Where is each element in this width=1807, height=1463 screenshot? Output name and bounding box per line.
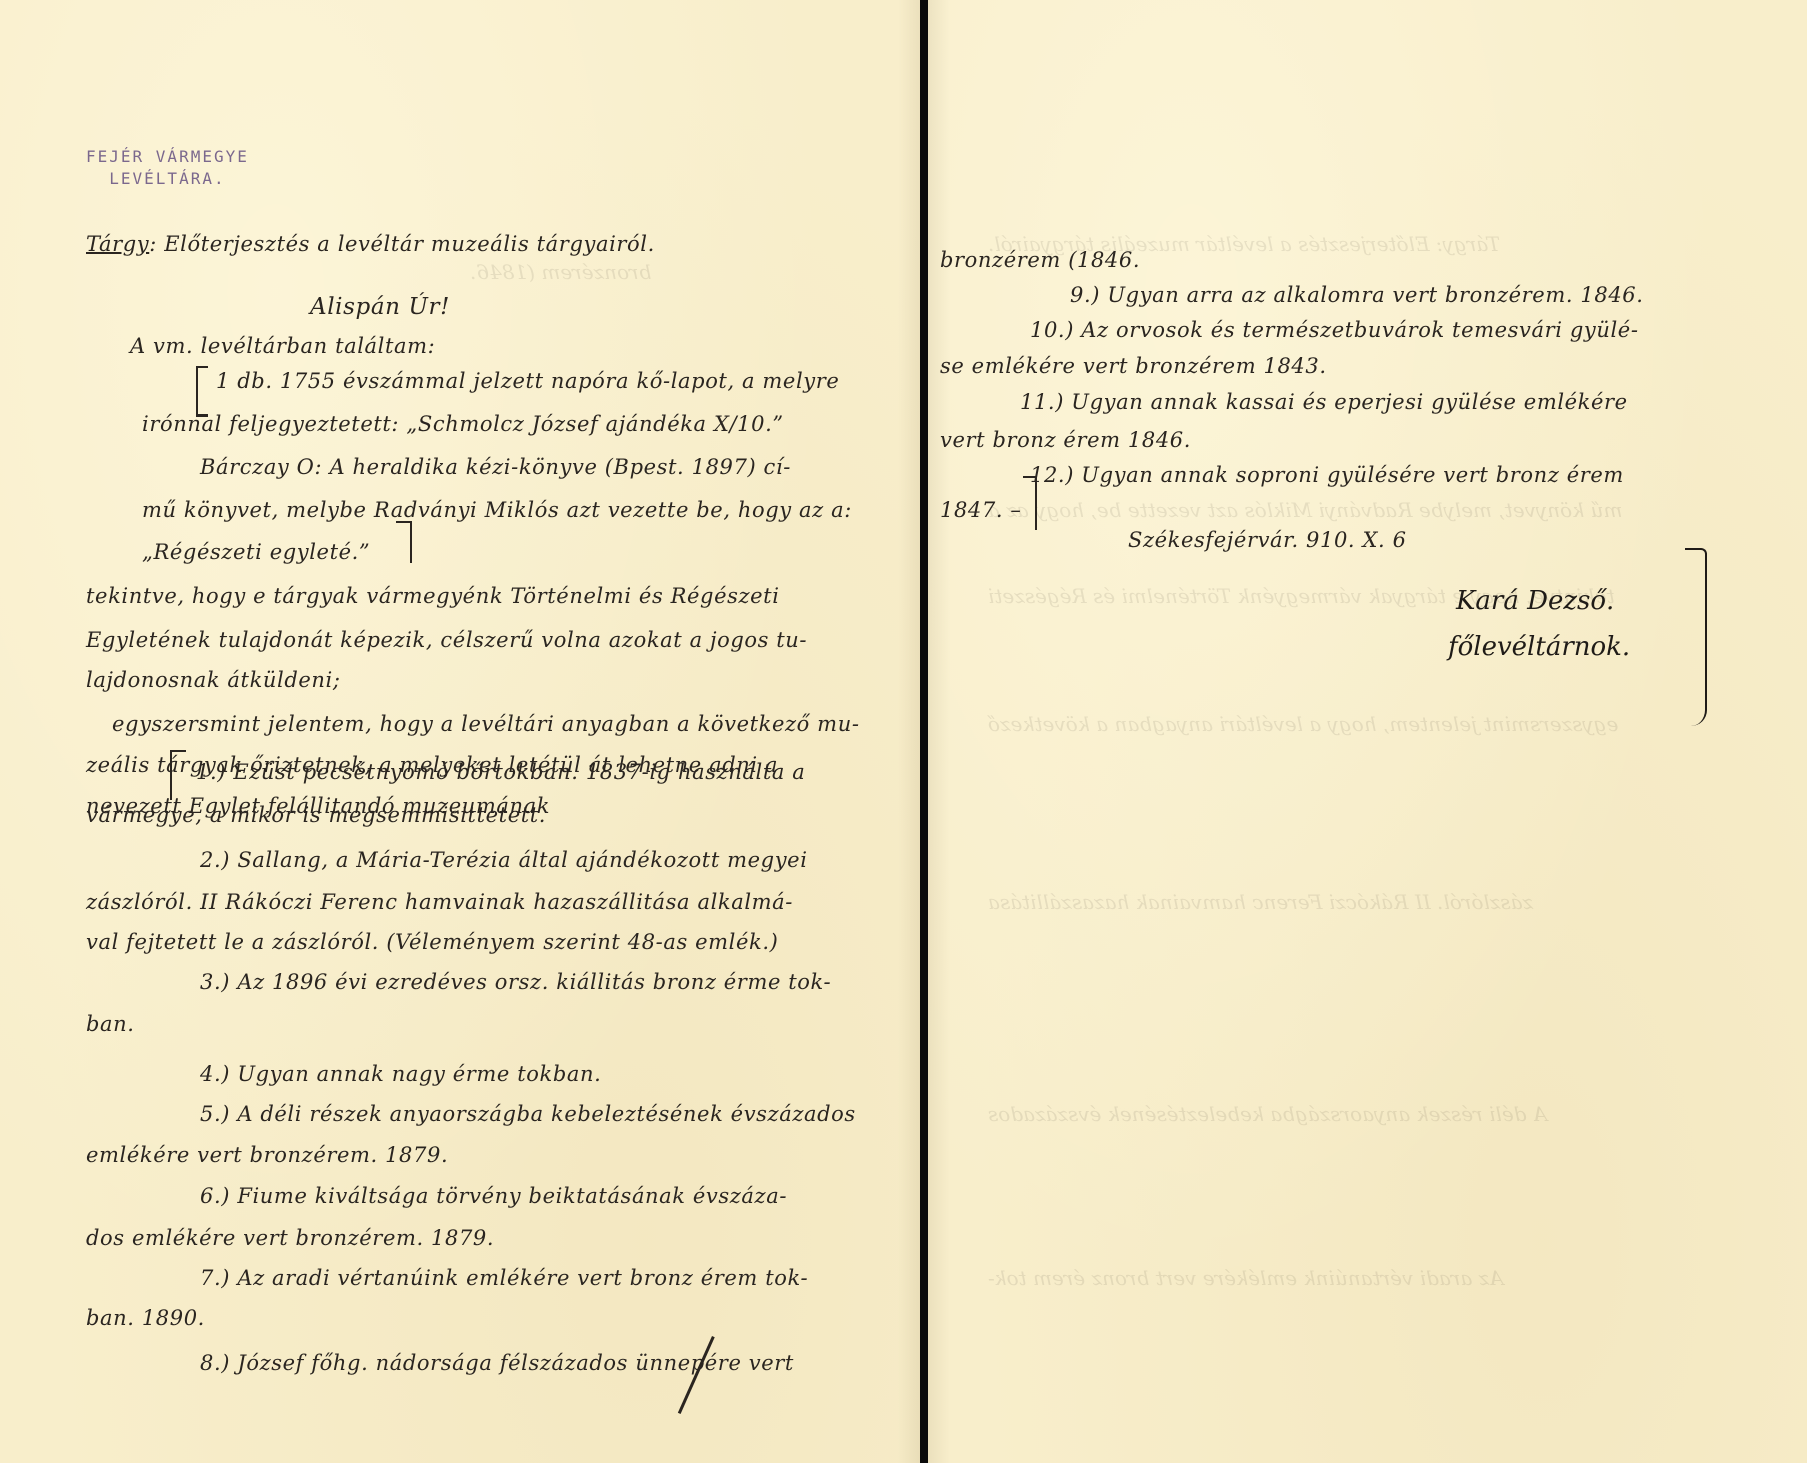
item-number: 11.): [1020, 390, 1064, 414]
item-number: 9.): [1070, 283, 1100, 307]
item-text: Az aradi vértanúink emlékére vert bronz …: [237, 1266, 808, 1290]
bleed-through-text: egyszersmint jelentem, hogy a levéltári …: [988, 712, 1618, 736]
item-text: Ezüst pecsétnyomó bőrtokban. 1837-ig has…: [233, 760, 805, 784]
item-text: Az orvosok és természetbuvárok temesvári…: [1081, 318, 1638, 342]
item-number: 8.): [200, 1351, 230, 1375]
item-text: Ugyan annak nagy érme tokban.: [237, 1062, 601, 1086]
signature-flourish: [1685, 548, 1707, 726]
item-number: 5.): [200, 1102, 230, 1126]
item-number: 3.): [200, 970, 230, 994]
bleed-through-text: mű könyvet, melybe Radványi Miklós azt v…: [988, 498, 1622, 522]
list-item-1: 1.) Ezüst pecsétnyomó bőrtokban. 1837-ig…: [196, 760, 805, 784]
list-item-10-cont: se emlékére vert bronzérem 1843.: [940, 354, 1327, 378]
signature-name: Kará Dezső.: [1456, 586, 1614, 616]
stamp-line-2: LEVÉLTÁRA.: [86, 168, 249, 190]
body-line: irónnal feljegyeztetett: „Schmolcz Józse…: [142, 412, 784, 436]
page-gutter: [920, 0, 928, 1463]
left-page: bronzérem (1846. FEJÉR VÁRMEGYE LEVÉLTÁR…: [0, 0, 920, 1463]
list-item-5-cont: emlékére vert bronzérem. 1879.: [86, 1143, 448, 1167]
bracket-mark: [396, 521, 412, 563]
bracket-mark: [170, 750, 186, 800]
bleed-through-text: A déli részek anyaországba kebeleztéséne…: [988, 1102, 1547, 1126]
item-text: Ugyan annak soproni gyülésére vert bronz…: [1081, 463, 1624, 487]
list-item-9: 9.) Ugyan arra az alkalomra vert bronzér…: [1070, 283, 1644, 307]
item-number: 1.): [196, 760, 226, 784]
list-item-7: 7.) Az aradi vértanúink emlékére vert br…: [200, 1266, 808, 1290]
list-item-2-cont: zászlóról. II Rákóczi Ferenc hamvainak h…: [86, 890, 793, 914]
signature-title: főlevéltárnok.: [1448, 632, 1630, 662]
item-text: Az 1896 évi ezredéves orsz. kiállitás br…: [237, 970, 831, 994]
body-line: Bárczay O: A heraldika kézi-könyve (Bpes…: [200, 455, 791, 479]
item-number: 7.): [200, 1266, 230, 1290]
place-date: Székesfejérvár. 910. X. 6: [1128, 528, 1407, 552]
body-line: egyszersmint jelentem, hogy a levéltári …: [112, 712, 860, 736]
list-item-4: 4.) Ugyan annak nagy érme tokban.: [200, 1062, 601, 1086]
archive-stamp: FEJÉR VÁRMEGYE LEVÉLTÁRA.: [86, 146, 249, 190]
subject-label: Tárgy: [86, 232, 149, 256]
list-item-11-cont: vert bronz érem 1846.: [940, 428, 1191, 452]
list-item-3-cont: ban.: [86, 1012, 135, 1036]
item-number: 10.): [1030, 318, 1074, 342]
body-line: tekintve, hogy e tárgyak vármegyénk Tört…: [86, 584, 780, 608]
list-item-2-cont: val fejtetett le a zászlóról. (Véleménye…: [86, 930, 778, 954]
list-item-7-cont: ban. 1890.: [86, 1306, 205, 1330]
body-line: „Régészeti egyleté.”: [142, 540, 370, 564]
body-line: A vm. levéltárban találtam:: [130, 334, 435, 358]
right-page: Tárgy: Előterjesztés a levéltár muzeális…: [928, 0, 1807, 1463]
list-item-2: 2.) Sallang, a Mária-Terézia által ajánd…: [200, 848, 808, 872]
item-text: Sallang, a Mária-Terézia által ajándékoz…: [237, 848, 807, 872]
body-line: mű könyvet, melybe Radványi Miklós azt v…: [142, 498, 852, 522]
bleed-through-text: Az aradi vértanúink emlékére vert bronz …: [988, 1266, 1504, 1290]
list-item-3: 3.) Az 1896 évi ezredéves orsz. kiállitá…: [200, 970, 831, 994]
item-number: 6.): [200, 1184, 230, 1208]
salutation: Alispán Úr!: [310, 294, 450, 320]
stamp-line-1: FEJÉR VÁRMEGYE: [86, 146, 249, 168]
body-line: Egyletének tulajdonát képezik, célszerű …: [86, 628, 807, 652]
subject-text: : Előterjesztés a levéltár muzeális tárg…: [149, 232, 655, 256]
bracket-mark: [196, 366, 208, 417]
fold-shadow: [928, 0, 950, 1463]
fold-shadow: [898, 0, 920, 1463]
list-item-10: 10.) Az orvosok és természetbuvárok teme…: [1030, 318, 1639, 342]
list-item-11: 11.) Ugyan annak kassai és eperjesi gyül…: [1020, 390, 1628, 414]
list-item-12: 12.) Ugyan annak soproni gyülésére vert …: [1030, 463, 1624, 487]
list-item-1-cont: vármegye, a mikor is megsemmisittetett.: [86, 803, 546, 827]
list-item-6-cont: dos emlékére vert bronzérem. 1879.: [86, 1226, 494, 1250]
body-line: lajdonosnak átküldeni;: [86, 668, 341, 692]
bleed-through-text: bronzérem (1846.: [470, 260, 651, 284]
body-line: 1 db. 1755 évszámmal jelzett napóra kő-l…: [216, 369, 839, 393]
item-text: Ugyan annak kassai és eperjesi gyülése e…: [1071, 390, 1627, 414]
item-text: Ugyan arra az alkalomra vert bronzérem. …: [1107, 283, 1643, 307]
list-item-12-cont: 1847. –: [940, 498, 1022, 522]
subject-line: Tárgy: Előterjesztés a levéltár muzeális…: [86, 232, 655, 256]
bleed-through-text: zászlóról. II Rákóczi Ferenc hamvainak h…: [988, 890, 1533, 914]
continuation-line: bronzérem (1846.: [940, 248, 1140, 272]
item-text: A déli részek anyaországba kebeleztéséne…: [237, 1102, 855, 1126]
item-number: 4.): [200, 1062, 230, 1086]
item-text: József főhg. nádorsága félszázados ünnep…: [237, 1351, 794, 1375]
item-text: Fiume kiváltsága törvény beiktatásának é…: [237, 1184, 787, 1208]
bracket-mark: [1023, 476, 1037, 530]
item-number: 2.): [200, 848, 230, 872]
list-item-5: 5.) A déli részek anyaországba kebelezté…: [200, 1102, 856, 1126]
list-item-6: 6.) Fiume kiváltsága törvény beiktatásán…: [200, 1184, 787, 1208]
